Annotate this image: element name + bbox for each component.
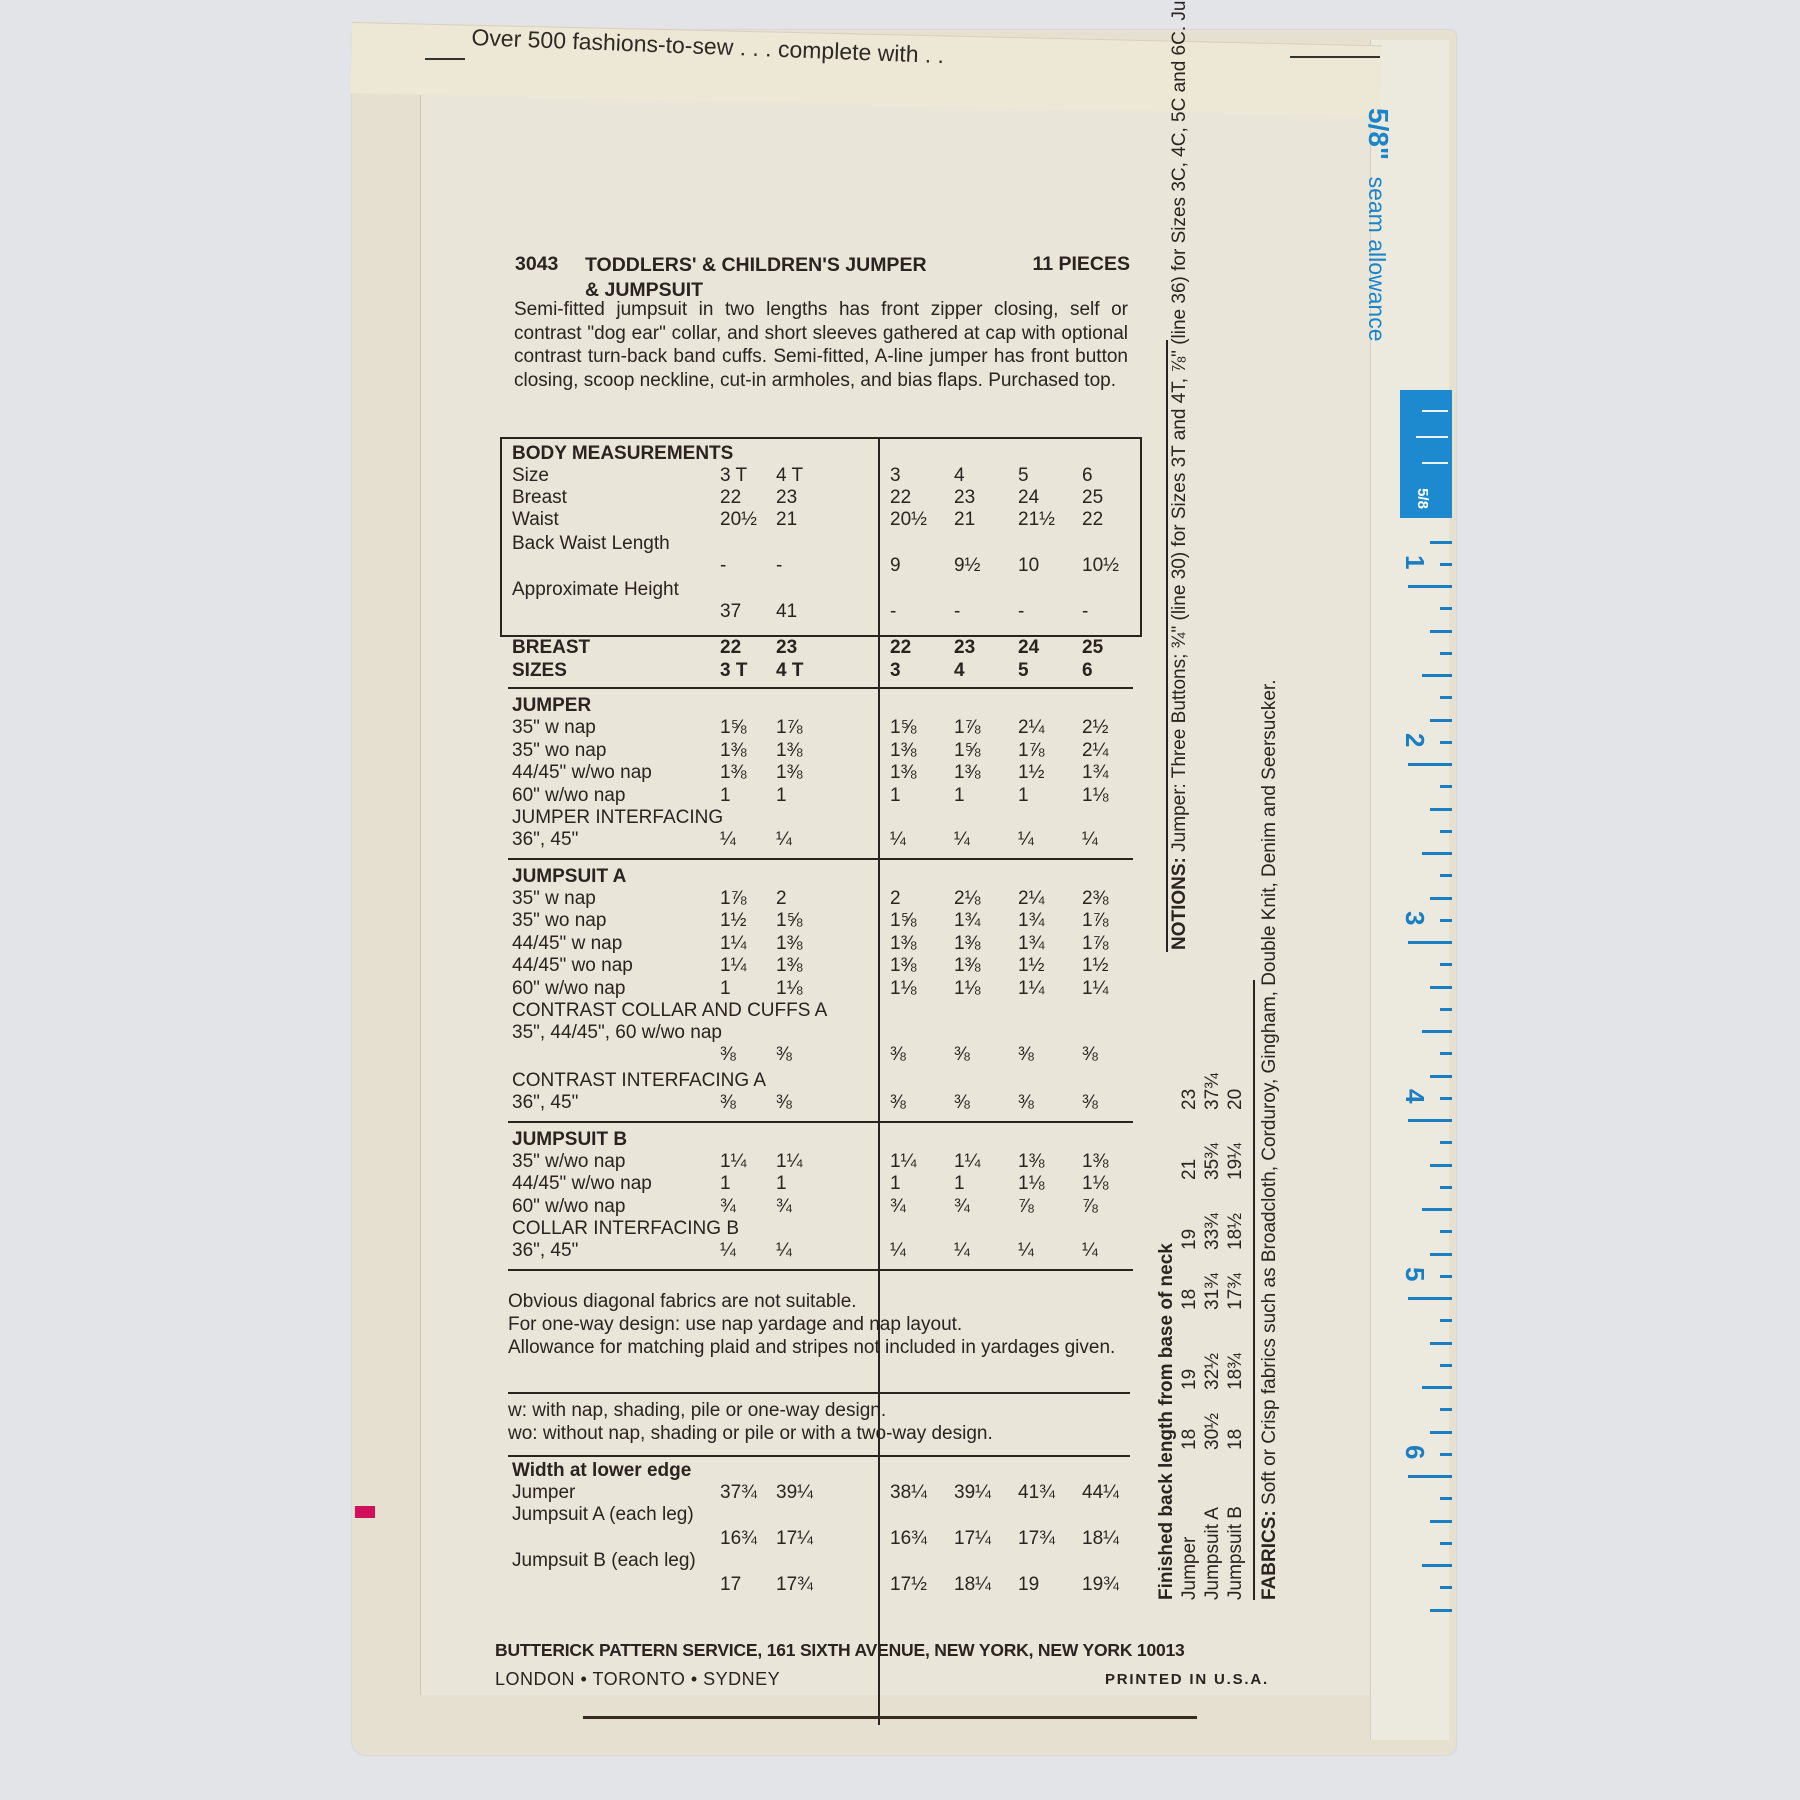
value-cell: 1⅞ [954,717,1010,739]
row-label: 35" w nap [512,888,596,910]
value-cell: 1¼ [954,1151,1010,1173]
value-cell: 1 [890,1173,946,1195]
seam-allowance-box: 5/8 [1400,390,1452,518]
inch-ruler: 123456 [1400,520,1452,1620]
pieces-count: 11 PIECES [1032,253,1130,276]
value-cell: 4 [954,660,1010,682]
value-cell: 16¾ [720,1528,776,1550]
value-cell: 2¼ [1082,740,1138,762]
value-cell: 2 [890,888,946,910]
value-cell: - [1082,601,1138,623]
value-cell: 22 [890,487,946,509]
value-cell: 2⅛ [954,888,1010,910]
value-cell: ⅜ [720,1092,776,1114]
value-cell: 1⅜ [720,740,776,762]
value-cell: 17¼ [954,1528,1010,1550]
value-cell: 22 [890,637,946,659]
pattern-description: Semi-fitted jumpsuit in two lengths has … [514,298,1128,392]
section-heading: JUMPSUIT B [512,1129,627,1151]
fbl-value: 20 [1224,1089,1247,1110]
value-cell: 2½ [1082,717,1138,739]
row-label: 60" w/wo nap [512,785,625,807]
ruler-number: 3 [1399,911,1430,925]
value-cell: 1⅞ [1018,740,1074,762]
fbl-value: 18¾ [1224,1353,1247,1390]
value-cell: 22 [1082,509,1138,531]
ruler-tick [1422,674,1452,677]
section-heading: COLLAR INTERFACING B [512,1218,739,1240]
ruler-tick [1430,808,1452,811]
value-cell: - [1018,601,1074,623]
value-cell: 1⅜ [776,740,832,762]
fbl-label: Jumpsuit A [1201,1507,1224,1600]
ruler-tick [1440,785,1452,788]
value-cell: 17¾ [1018,1528,1074,1550]
ruler-tick [1430,1253,1452,1256]
value-cell: 41 [776,601,832,623]
value-cell: ¼ [1018,1240,1074,1262]
fbl-label: Jumper [1178,1537,1201,1600]
ruler-tick [1430,1520,1452,1523]
fbl-grid: Jumper181918192123Jumpsuit A30½32½31¾33¾… [1178,950,1247,1600]
nap-legend: w: with nap, shading, pile or one-way de… [508,1399,1130,1445]
value-cell: 1⅜ [776,933,832,955]
row-label: 36", 45" [512,829,578,851]
value-cell: 5 [1018,465,1074,487]
ruler-tick [1440,1230,1452,1233]
ruler-tick [1440,1008,1452,1011]
value-cell: 1⅛ [890,978,946,1000]
value-cell: ¼ [890,1240,946,1262]
seam-box-label: 5/8 [1414,488,1431,509]
fbl-label: Jumpsuit B [1224,1506,1247,1600]
ruler-tick [1440,1275,1452,1278]
value-cell: 21 [954,509,1010,531]
value-cell: 1¼ [720,1151,776,1173]
ruler-tick [1430,1431,1452,1434]
row-label: 44/45" w nap [512,933,622,955]
value-cell: 2¼ [1018,888,1074,910]
value-cell: 1¼ [720,933,776,955]
ruler-tick [1430,1342,1452,1345]
value-cell: ⅜ [890,1044,946,1066]
value-cell: 1 [954,1173,1010,1195]
value-cell: ¼ [1082,1240,1138,1262]
fbl-value: 31¾ [1201,1273,1224,1310]
value-cell: 1¾ [1082,762,1138,784]
divider [508,1392,1130,1394]
value-cell: 1⅜ [1082,1151,1138,1173]
value-cell: 1⅝ [720,717,776,739]
value-cell: 1¾ [1018,910,1074,932]
ruler-tick [1440,874,1452,877]
value-cell: 2 [776,888,832,910]
value-cell: 2¼ [1018,717,1074,739]
value-cell: 16¾ [890,1528,946,1550]
publisher-cities: LONDON • TORONTO • SYDNEY [495,1669,780,1690]
ruler-tick [1422,462,1448,464]
value-cell: 1⅝ [890,717,946,739]
row-divider [508,1269,1133,1271]
value-cell: 1 [890,785,946,807]
value-cell: 1¾ [1018,933,1074,955]
row-label: 36", 45" [512,1092,578,1114]
value-cell: 17¾ [776,1574,832,1596]
value-cell: 17 [720,1574,776,1596]
fbl-value: 19¼ [1224,1143,1247,1180]
ruler-tick [1440,652,1452,655]
value-cell: ¼ [1018,829,1074,851]
value-cell: 1⅝ [776,910,832,932]
row-label: 35" w nap [512,717,596,739]
fbl-value: 17¾ [1224,1273,1247,1310]
row-label: BREAST [512,637,590,659]
fbl-value: 35¾ [1201,1143,1224,1180]
notions-label: NOTIONS: [1169,857,1190,950]
legend-wo: wo: without nap, shading or pile or with… [508,1422,1130,1445]
note-one-way: For one-way design: use nap yardage and … [508,1313,1130,1336]
value-cell: 1¼ [1082,978,1138,1000]
row-label: Back Waist Length [512,533,670,555]
value-cell: 22 [720,637,776,659]
value-cell: 5 [1018,660,1074,682]
fbl-heading: Finished back length from base of neck [1155,950,1178,1600]
value-cell: 4 [954,465,1010,487]
value-cell: 23 [776,487,832,509]
ruler-tick [1430,541,1452,544]
top-rule-left [425,58,465,60]
value-cell: 37¾ [720,1482,776,1504]
fbl-row: Jumpsuit B1818¾17¾18½19¼20 [1224,950,1247,1600]
row-label: Jumpsuit A (each leg) [512,1504,694,1526]
ruler-tick [1422,1564,1452,1567]
ruler-tick [1422,852,1452,855]
ruler-tick [1440,1364,1452,1367]
value-cell: 21 [776,509,832,531]
fbl-value: 30½ [1201,1413,1224,1450]
notions-body: Jumper: Three Buttons; ¾" (line 30) for … [1169,0,1190,852]
row-label: SIZES [512,660,567,682]
notions-text: NOTIONS: Jumper: Three Buttons; ¾" (line… [1168,335,1191,950]
pink-tab-mark [355,1506,375,1518]
fabrics-body: Soft or Crisp fabrics such as Broadcloth… [1259,680,1280,1505]
value-cell: ¼ [720,829,776,851]
row-label: 44/45" wo nap [512,955,633,977]
value-cell: 21½ [1018,509,1074,531]
ruler-tick [1422,1386,1452,1389]
value-cell: ¼ [890,829,946,851]
ruler-tick [1422,410,1448,412]
fabrics-rule [1253,980,1255,1600]
value-cell: 1⅜ [776,762,832,784]
fbl-value: 23 [1178,1089,1201,1110]
section-heading: CONTRAST COLLAR AND CUFFS A [512,1000,827,1022]
value-cell: 1 [720,785,776,807]
value-cell: 10½ [1082,555,1138,577]
value-cell: ¼ [776,829,832,851]
value-cell: ¼ [720,1240,776,1262]
value-cell: 1⅞ [1082,910,1138,932]
ruler-number: 1 [1399,555,1430,569]
ruler-tick [1408,585,1452,588]
value-cell: 1⅜ [890,955,946,977]
pattern-title: TODDLERS' & CHILDREN'S JUMPER & JUMPSUIT [585,253,927,303]
ruler-tick [1430,630,1452,633]
ruler-tick [1430,897,1452,900]
fabrics-label: FABRICS: [1259,1510,1280,1600]
value-cell: - [954,601,1010,623]
value-cell: 1⅜ [890,933,946,955]
value-cell: ¾ [720,1196,776,1218]
ruler-tick [1430,1609,1452,1612]
row-label: 44/45" w/wo nap [512,1173,652,1195]
fabric-notes: Obvious diagonal fabrics are not suitabl… [508,1290,1130,1359]
value-cell: 9½ [954,555,1010,577]
value-cell: 3 T [720,465,776,487]
value-cell: ⅜ [954,1092,1010,1114]
fbl-value: 32½ [1201,1353,1224,1390]
value-cell: 1⅝ [890,910,946,932]
fbl-value: 19 [1178,1229,1201,1250]
value-cell: 20½ [720,509,776,531]
value-cell: 1¼ [890,1151,946,1173]
ruler-tick [1440,741,1452,744]
ruler-tick [1408,1119,1452,1122]
ruler-tick [1440,1408,1452,1411]
printed-in: PRINTED IN U.S.A. [1105,1671,1269,1688]
value-cell: 1½ [1018,762,1074,784]
value-cell: 1⅜ [890,740,946,762]
value-cell: 1 [720,1173,776,1195]
pattern-title-line-1: TODDLERS' & CHILDREN'S JUMPER [585,254,927,276]
row-label: 35", 44/45", 60 w/wo nap [512,1022,722,1044]
value-cell: 1 [720,978,776,1000]
value-cell: 1⅜ [954,762,1010,784]
value-cell: 37 [720,601,776,623]
value-cell: 1 [776,1173,832,1195]
ruler-tick [1440,1542,1452,1545]
ruler-tick [1440,1497,1452,1500]
value-cell: 1¼ [1018,978,1074,1000]
bottom-rule [583,1716,1197,1719]
value-cell: ⅜ [1082,1092,1138,1114]
fbl-value: 21 [1178,1159,1201,1180]
value-cell: ¼ [954,829,1010,851]
value-cell: 1¼ [776,1151,832,1173]
value-cell: 38¼ [890,1482,946,1504]
fbl-value: 33¾ [1201,1213,1224,1250]
value-cell: 6 [1082,465,1138,487]
ruler-tick [1408,941,1452,944]
value-cell: 25 [1082,637,1138,659]
ruler-tick [1430,1164,1452,1167]
value-cell: ¾ [776,1196,832,1218]
value-cell: 1⅜ [954,933,1010,955]
section-heading: Width at lower edge [512,1460,691,1482]
note-diagonal: Obvious diagonal fabrics are not suitabl… [508,1290,1130,1313]
row-label: 36", 45" [512,1240,578,1262]
value-cell: 1⅜ [720,762,776,784]
value-cell: 19 [1018,1574,1074,1596]
seam-label-text: seam allowance [1364,177,1390,342]
value-cell: - [890,601,946,623]
ruler-tick [1440,696,1452,699]
value-cell: 23 [954,637,1010,659]
legend-w: w: with nap, shading, pile or one-way de… [508,1399,1130,1422]
row-label: Waist [512,509,559,531]
value-cell: 1⅜ [776,955,832,977]
value-cell: 9 [890,555,946,577]
row-label: 44/45" w/wo nap [512,762,652,784]
value-cell: 39¼ [954,1482,1010,1504]
section-heading: JUMPER INTERFACING [512,807,723,829]
value-cell: 4 T [776,465,832,487]
fbl-value: 18½ [1224,1213,1247,1250]
ruler-tick [1430,986,1452,989]
top-rule-right [1290,56,1380,58]
note-plaid: Allowance for matching plaid and stripes… [508,1336,1130,1359]
section-heading: CONTRAST INTERFACING A [512,1070,766,1092]
value-cell: ⅜ [1018,1044,1074,1066]
divider [508,1455,1130,1457]
ruler-tick [1408,763,1452,766]
value-cell: 1½ [1018,955,1074,977]
row-label: Jumper [512,1482,575,1504]
ruler-number: 4 [1399,1089,1430,1103]
value-cell: - [720,555,776,577]
ruler-tick [1440,607,1452,610]
value-cell: ⅜ [890,1092,946,1114]
row-divider [508,1121,1133,1123]
seam-allowance-label: 5/8" seam allowance [1362,108,1394,342]
row-label: 35" wo nap [512,740,606,762]
row-label: Approximate Height [512,579,679,601]
value-cell: - [776,555,832,577]
row-label: 60" w/wo nap [512,978,625,1000]
value-cell: ⅜ [954,1044,1010,1066]
column-divider [878,1460,880,1616]
value-cell: 1⅜ [954,955,1010,977]
section-heading: BODY MEASUREMENTS [512,443,733,465]
ruler-tick [1440,1586,1452,1589]
ruler-number: 6 [1399,1445,1430,1459]
value-cell: 6 [1082,660,1138,682]
value-cell: 1⅝ [954,740,1010,762]
value-cell: 1⅛ [1082,785,1138,807]
value-cell: 1⅛ [776,978,832,1000]
ruler-tick [1440,1319,1452,1322]
value-cell: ¼ [776,1240,832,1262]
row-divider [508,687,1133,689]
row-label: 60" w/wo nap [512,1196,625,1218]
fbl-row: Jumper181918192123 [1178,950,1201,1600]
value-cell: 19¾ [1082,1574,1138,1596]
value-cell: 1 [776,785,832,807]
row-label: 35" w/wo nap [512,1151,625,1173]
section-heading: JUMPSUIT A [512,866,626,888]
value-cell: 24 [1018,487,1074,509]
value-cell: 1⅛ [954,978,1010,1000]
fbl-value: 19 [1178,1369,1201,1390]
value-cell: ¾ [890,1196,946,1218]
row-label: 35" wo nap [512,910,606,932]
value-cell: 1 [954,785,1010,807]
ruler-tick [1408,1475,1452,1478]
ruler-tick [1440,1097,1452,1100]
value-cell: 1½ [1082,955,1138,977]
ruler-tick [1430,1075,1452,1078]
value-cell: 18¼ [1082,1528,1138,1550]
value-cell: 3 [890,660,946,682]
ruler-tick [1408,1297,1452,1300]
fbl-value: 18 [1224,1429,1247,1450]
fabrics-text: FABRICS: Soft or Crisp fabrics such as B… [1258,980,1281,1600]
ruler-tick [1440,830,1452,833]
value-cell: 1¼ [720,955,776,977]
ruler-number: 2 [1399,733,1430,747]
value-cell: 3 T [720,660,776,682]
ruler-tick [1422,1208,1452,1211]
value-cell: 1⅞ [1082,933,1138,955]
ruler-tick [1440,1186,1452,1189]
value-cell: ¼ [954,1240,1010,1262]
value-cell: 17½ [890,1574,946,1596]
fbl-value: 18 [1178,1289,1201,1310]
row-label: Breast [512,487,567,509]
value-cell: ⅞ [1082,1196,1138,1218]
fbl-value: 37¾ [1201,1073,1224,1110]
value-cell: 20½ [890,509,946,531]
value-cell: 1⅛ [1082,1173,1138,1195]
value-cell: 25 [1082,487,1138,509]
value-cell: 17¼ [776,1528,832,1550]
ruler-tick [1430,719,1452,722]
ruler-tick [1416,436,1448,438]
value-cell: ¾ [954,1196,1010,1218]
value-cell: 41¾ [1018,1482,1074,1504]
value-cell: 2⅜ [1082,888,1138,910]
value-cell: ⅜ [720,1044,776,1066]
value-cell: 22 [720,487,776,509]
finished-back-length: Finished back length from base of neck J… [1155,950,1247,1600]
value-cell: 24 [1018,637,1074,659]
column-divider [878,437,880,635]
value-cell: 1½ [720,910,776,932]
fbl-row: Jumpsuit A30½32½31¾33¾35¾37¾ [1201,950,1224,1600]
value-cell: 4 T [776,660,832,682]
value-cell: 23 [776,637,832,659]
value-cell: 10 [1018,555,1074,577]
fbl-value: 18 [1178,1429,1201,1450]
value-cell: ⅜ [776,1092,832,1114]
ruler-tick [1440,963,1452,966]
row-label: Jumpsuit B (each leg) [512,1550,696,1572]
value-cell: 1⅜ [1018,1151,1074,1173]
ruler-tick [1440,563,1452,566]
ruler-tick [1422,1030,1452,1033]
value-cell: 3 [890,465,946,487]
value-cell: 1⅛ [1018,1173,1074,1195]
ruler-tick [1440,1453,1452,1456]
value-cell: ¼ [1082,829,1138,851]
value-cell: 1¾ [954,910,1010,932]
value-cell: 18¼ [954,1574,1010,1596]
ruler-tick [1440,1141,1452,1144]
value-cell: 1⅞ [776,717,832,739]
pattern-number: 3043 [515,253,558,276]
publisher-address: BUTTERICK PATTERN SERVICE, 161 SIXTH AVE… [495,1640,1185,1661]
value-cell: 23 [954,487,1010,509]
